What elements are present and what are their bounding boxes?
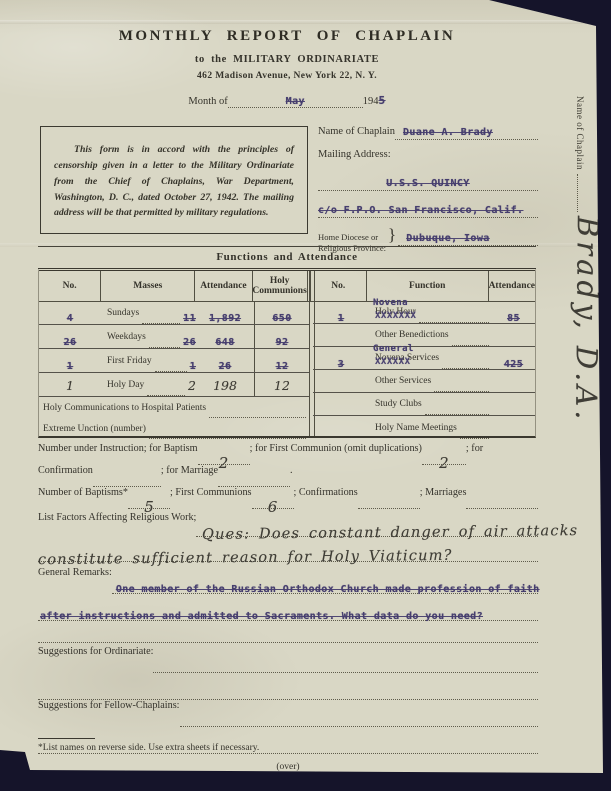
function-typed-correction: General <box>373 344 414 354</box>
suggestions-ordinariate-line: Suggestions for Ordinariate: <box>38 646 538 673</box>
month-value: May <box>286 96 305 107</box>
censorship-notice-text: This form is in accord with the principl… <box>54 142 294 221</box>
diocese-brace: } <box>388 225 396 245</box>
masses-count: 2 <box>188 378 196 393</box>
function-label: Study Clubs <box>375 399 422 409</box>
table-row: 1 NovenaXXXXXXXHoly Hour 85 <box>313 301 535 324</box>
functions-subtable: 1 NovenaXXXXXXXHoly Hour 85 Other Benedi… <box>313 301 535 439</box>
margin-note: Name of Chaplain Brady, D.A. <box>558 96 604 516</box>
col-header-no: No. <box>39 271 100 301</box>
function-no: 3 <box>338 359 344 370</box>
col-header-attendance: Attendance <box>194 271 251 301</box>
table-row: 1 Holy Day2 198 12 <box>39 373 309 397</box>
mailing-line-1: U.S.S. QUINCY <box>318 177 538 191</box>
masses-no: 1 <box>66 378 74 393</box>
lower-section: Number under Instruction; for Baptism2; … <box>38 443 538 754</box>
suggestions-ordinariate-blank <box>38 673 538 700</box>
hospital-communions-line: Holy Communications to Hospital Patients <box>39 397 309 418</box>
function-label: Holy Name Meetings <box>375 423 457 433</box>
margin-note-rule <box>577 174 588 212</box>
remarks-blank-line <box>38 621 538 643</box>
function-attendance: 85 <box>507 313 520 324</box>
function-no: 1 <box>338 313 344 324</box>
masses-communions: 92 <box>276 337 289 348</box>
masses-label: First Friday <box>107 356 152 366</box>
col-header-function: Function <box>366 271 488 301</box>
chaplain-name-line: Name of Chaplain Duane A. Brady <box>318 126 538 140</box>
col-header-attendance2: Attendance <box>488 271 535 301</box>
function-strike-marks: XXXXXXX <box>375 311 416 321</box>
footnote-rule <box>38 738 95 739</box>
masses-attendance: 26 <box>219 361 232 372</box>
first-communion-instruction-value: 2 <box>439 454 449 472</box>
table-row: 3 GeneralXXXXXXNovena Services 425 <box>313 347 535 370</box>
masses-count: 1 <box>190 361 196 372</box>
report-title: MONTHLY REPORT OF CHAPLAIN <box>37 28 537 45</box>
suggestions-fellow-line: Suggestions for Fellow-Chaplains: <box>38 700 538 727</box>
function-label: Other Benedictions <box>375 330 449 340</box>
mailing-value-2: c/o F.P.O. San Francisco, Calif. <box>318 205 523 216</box>
col-header-masses: Masses <box>100 271 194 301</box>
col-header-communions: Holy Communions <box>252 271 307 301</box>
year-prefix: 194 <box>363 96 379 107</box>
masses-attendance: 648 <box>215 337 234 348</box>
remarks-typed-2: after instructions and admitted to Sacra… <box>40 611 483 622</box>
remarks-line-1: General Remarks:One member of the Russia… <box>38 567 538 594</box>
masses-subtable: 4 Sundays11 1,892 650 26 Weekdays26 648 … <box>39 301 309 439</box>
masses-no: 1 <box>67 361 73 372</box>
month-label: Month of <box>188 96 227 107</box>
margin-note-signature: Brady, D.A. <box>569 216 605 424</box>
margin-note-label: Name of Chaplain <box>575 96 585 170</box>
section-title: Functions and Attendance <box>38 251 536 263</box>
footnote-text: *List names on reverse side. Use extra s… <box>38 743 259 753</box>
masses-count: 26 <box>183 337 196 348</box>
month-line: Month ofMay1945 <box>37 94 537 108</box>
masses-attendance: 198 <box>213 378 237 393</box>
diocese-value: Dubuque, Iowa <box>406 233 489 244</box>
table-row: Study Clubs <box>313 393 535 416</box>
table-row: 26 Weekdays26 648 92 <box>39 325 309 349</box>
masses-no: 26 <box>64 337 77 348</box>
mailing-value-1: U.S.S. QUINCY <box>386 178 469 191</box>
baptisms-value: 5 <box>144 498 154 516</box>
censorship-notice-box: This form is in accord with the principl… <box>40 126 308 234</box>
instruction-line-1: Number under Instruction; for Baptism2; … <box>38 443 538 465</box>
table-row: Other Benedictions <box>313 324 535 347</box>
section-divider-rule <box>38 246 536 247</box>
instruction-line-2: Confirmation; for Marriage. <box>38 465 538 487</box>
paper-crease <box>0 20 611 24</box>
ordinariate-address: 462 Madison Avenue, New York 22, N. Y. <box>37 71 537 81</box>
baptism-instruction-value: 2 <box>219 454 229 472</box>
masses-communions: 12 <box>276 361 289 372</box>
table-row: 4 Sundays11 1,892 650 <box>39 301 309 325</box>
chaplain-name-value: Duane A. Brady <box>403 127 493 138</box>
table-header-row: No. Masses Attendance Holy Communions No… <box>39 271 535 302</box>
remarks-line-2: after instructions and admitted to Sacra… <box>38 594 538 621</box>
table-row: Holy Name Meetings <box>313 416 535 439</box>
instruction-line-3: Number of Baptisms*5; First Communions6;… <box>38 487 538 509</box>
mailing-address-label: Mailing Address: <box>318 149 538 160</box>
factors-handwriting-2: constitute sufficient reason for Holy Vi… <box>38 548 453 568</box>
chaplain-fields: Name of Chaplain Duane A. Brady Mailing … <box>318 126 538 253</box>
function-strike-marks: XXXXXX <box>375 357 411 367</box>
report-subtitle: to the MILITARY ORDINARIATE <box>37 54 537 65</box>
col-header-no2: No. <box>311 271 366 301</box>
functions-attendance-table: No. Masses Attendance Holy Communions No… <box>38 268 536 438</box>
masses-communions: 650 <box>272 313 291 324</box>
masses-no: 4 <box>67 313 73 324</box>
form-header: MONTHLY REPORT OF CHAPLAIN to the MILITA… <box>37 28 537 108</box>
chaplain-name-label: Name of Chaplain <box>318 126 395 137</box>
function-label: Other Services <box>375 376 431 386</box>
function-label-rest: Services <box>407 353 439 363</box>
table-row: Other Services <box>313 370 535 393</box>
extreme-unction-line: Extreme Unction (number) <box>39 418 309 439</box>
masses-count: 11 <box>183 313 196 324</box>
year-value: 5 <box>379 94 386 107</box>
masses-communions: 12 <box>274 378 290 393</box>
remarks-typed-1: One member of the Russian Orthodox Churc… <box>116 584 540 595</box>
first-communions-value: 6 <box>268 498 278 516</box>
function-typed-correction: Novena <box>373 298 408 308</box>
diocese-line: Home Diocese or Religious Province: } Du… <box>318 225 538 253</box>
function-attendance: 425 <box>504 359 523 370</box>
scanned-document: MONTHLY REPORT OF CHAPLAIN to the MILITA… <box>0 0 611 791</box>
masses-label: Sundays <box>107 308 139 318</box>
over-indicator: (over) <box>38 762 538 772</box>
masses-label: Holy Day <box>107 380 144 390</box>
masses-label: Weekdays <box>107 332 146 342</box>
mailing-line-2: c/o F.P.O. San Francisco, Calif. <box>318 204 538 218</box>
factors-line-1: List Factors Affecting Religious Work;Qu… <box>38 512 538 537</box>
paper-page: MONTHLY REPORT OF CHAPLAIN to the MILITA… <box>0 0 611 791</box>
masses-attendance: 1,892 <box>209 313 241 324</box>
table-row: 1 First Friday1 26 12 <box>39 349 309 373</box>
